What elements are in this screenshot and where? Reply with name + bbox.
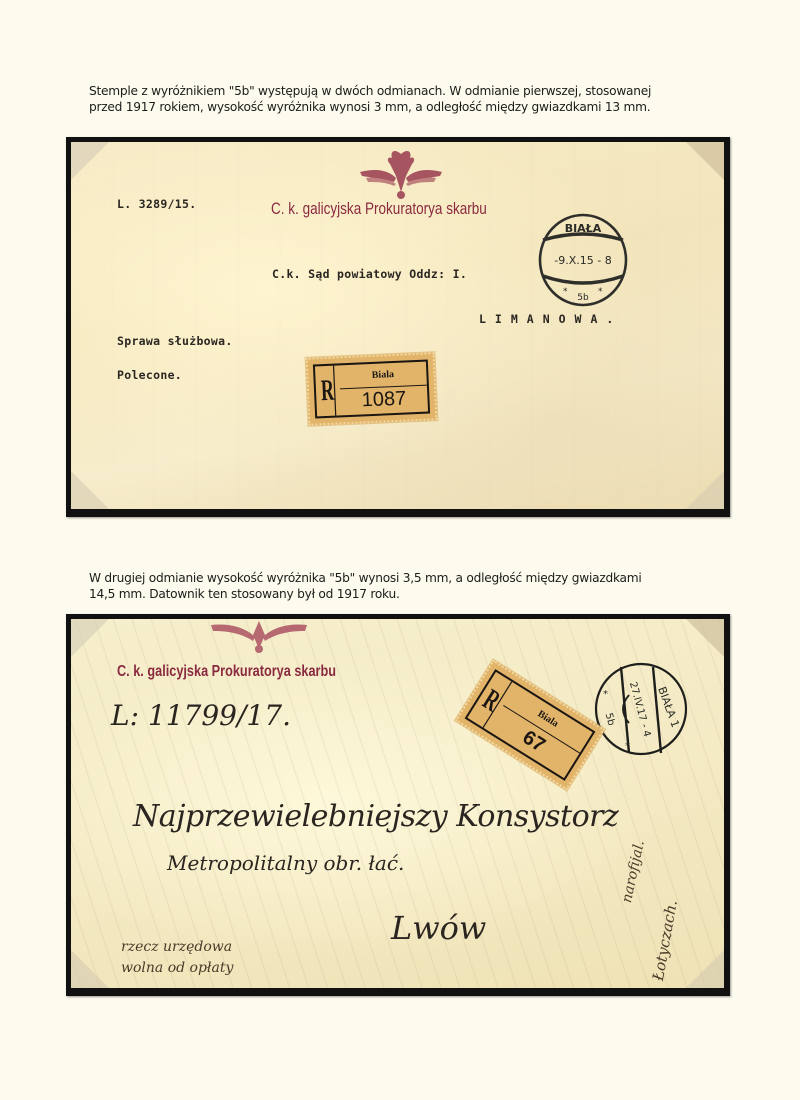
postmark-star-icon: * [625, 741, 630, 752]
envelope-1: L. 3289/15. C. k. galicyjska Prokuratory… [71, 142, 724, 509]
registration-label: R Biala 67 [455, 659, 605, 790]
mount-corner-icon [686, 142, 724, 180]
side-note-1: narofijal. [619, 839, 648, 904]
caption-line: W drugiej odmianie wysokość wyróżnika "5… [89, 571, 729, 587]
postmark-code: 5b [577, 293, 589, 303]
caption-line: przed 1917 rokiem, wysokość wyróżnika wy… [89, 100, 729, 116]
registration-number: 1087 [340, 384, 428, 415]
reference-number: L. 3289/15. [117, 197, 196, 211]
postmark-star-icon: * [603, 689, 608, 700]
destination: LIMANOWA. [479, 312, 622, 326]
reference-number: L: 11799/17. [111, 699, 291, 732]
mount-corner-icon [686, 471, 724, 509]
caption-line: 14,5 mm. Datownik ten stosowany był od 1… [89, 587, 729, 603]
addressee: C.k. Sąd powiatowy Oddz: I. [272, 267, 467, 281]
registered-note: Polecone. [117, 368, 182, 382]
mount-corner-icon [71, 619, 109, 657]
postmark-star-icon: * [563, 287, 568, 297]
postmark-biala: BIAŁA -9.X.15 - 8 5b * * [535, 210, 631, 310]
postmark-code: 5b [603, 712, 617, 727]
addressee-line-1: Najprzewielebniejszy Konsystorz [133, 799, 618, 834]
side-note-2: Łotyczach. [649, 899, 681, 983]
postmark-date: 27.IV.17 - 4 [627, 681, 652, 739]
service-note: Sprawa służbowa. [117, 334, 233, 348]
envelope-mount-1: L. 3289/15. C. k. galicyjska Prokuratory… [66, 137, 730, 517]
postmark-town: BIAŁA [565, 222, 602, 235]
destination: Lwów [391, 909, 486, 947]
postmark-biala-1: 27.IV.17 - 4 BIAŁA 1 5b * * [591, 659, 691, 759]
sender-header: C. k. galicyjska Prokuratorya skarbu [117, 663, 336, 681]
mount-corner-icon [686, 950, 724, 988]
envelope-2: C. k. galicyjska Prokuratorya skarbu L: … [71, 619, 724, 988]
caption-first-variant: Stemple z wyróżnikiem "5b" występują w d… [89, 84, 729, 115]
postmark-date: -9.X.15 - 8 [554, 254, 611, 267]
caption-line: Stemple z wyróżnikiem "5b" występują w d… [89, 84, 729, 100]
eagle-emblem-icon [356, 146, 446, 200]
official-note-line-1: rzecz urzędowa [121, 939, 232, 955]
caption-second-variant: W drugiej odmianie wysokość wyróżnika "5… [89, 571, 729, 602]
mount-corner-icon [71, 950, 109, 988]
official-note-line-2: wolna od opłaty [121, 960, 233, 976]
registration-label: R Biala 1087 [306, 352, 438, 426]
addressee-line-2: Metropolitalny obr. łać. [167, 851, 404, 875]
sender-header: C. k. galicyjska Prokuratorya skarbu [271, 200, 487, 219]
registration-letter: R [320, 366, 337, 417]
postmark-star-icon: * [598, 287, 603, 297]
mount-corner-icon [71, 142, 109, 180]
envelope-mount-2: C. k. galicyjska Prokuratorya skarbu L: … [66, 614, 730, 996]
eagle-emblem-icon [209, 619, 309, 655]
mount-corner-icon [71, 471, 109, 509]
mount-corner-icon [686, 619, 724, 657]
